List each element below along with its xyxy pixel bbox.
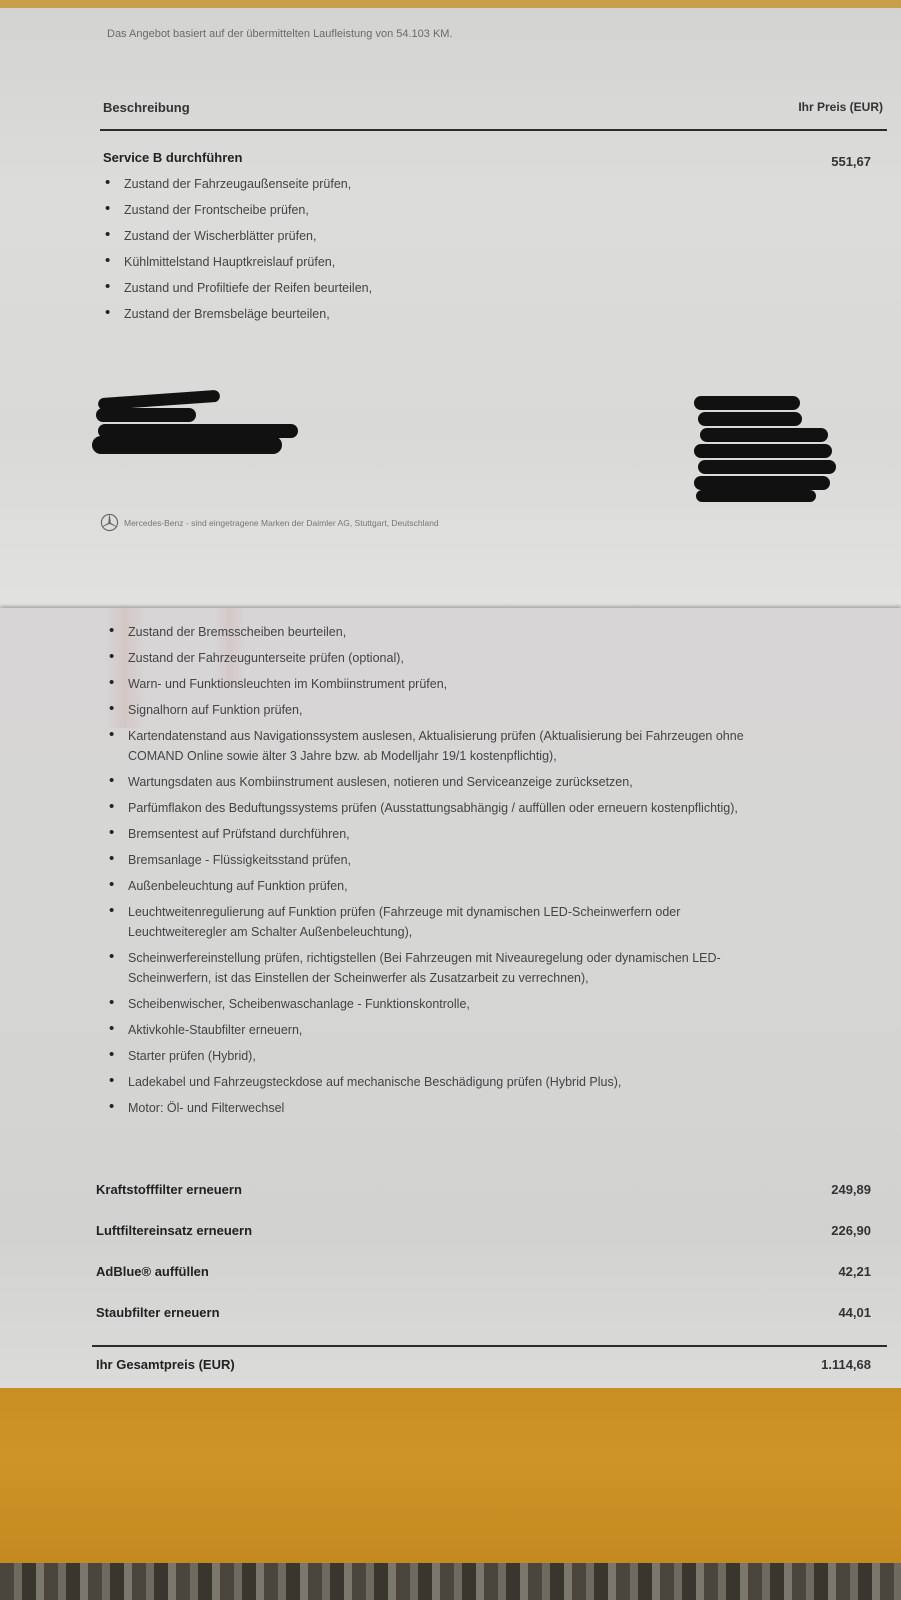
service-title: Service B durchführen <box>103 150 242 165</box>
line-item-row: Kraftstofffilter erneuern 249,89 <box>96 1182 871 1197</box>
list-item: Zustand der Bremsscheiben beurteilen, <box>106 622 746 642</box>
list-item: Bremsanlage - Flüssigkeitsstand prüfen, <box>106 850 746 870</box>
mercedes-star-icon <box>100 513 119 532</box>
total-label: Ihr Gesamtpreis (EUR) <box>96 1357 235 1372</box>
list-item: Bremsentest auf Prüfstand durchführen, <box>106 824 746 844</box>
brand-footer: Mercedes-Benz - sind eingetragene Marken… <box>100 513 439 532</box>
line-item-label: Luftfiltereinsatz erneuern <box>96 1223 252 1238</box>
line-item-label: Kraftstofffilter erneuern <box>96 1182 242 1197</box>
header-divider <box>100 129 887 131</box>
list-item: Außenbeleuchtung auf Funktion prüfen, <box>106 876 746 896</box>
desk-surface <box>0 1388 901 1563</box>
service-items-list-page1: Zustand der Fahrzeugaußenseite prüfen, Z… <box>102 174 602 330</box>
line-item-price: 42,21 <box>838 1264 871 1279</box>
list-item: Zustand der Fahrzeugunterseite prüfen (o… <box>106 648 746 668</box>
total-value: 1.114,68 <box>821 1357 871 1372</box>
list-item: Zustand der Bremsbeläge beurteilen, <box>102 304 602 324</box>
list-item: Zustand und Profiltiefe der Reifen beurt… <box>102 278 602 298</box>
list-item: Starter prüfen (Hybrid), <box>106 1046 746 1066</box>
list-item: Scheibenwischer, Scheibenwaschanlage - F… <box>106 994 746 1014</box>
list-item: Parfümflakon des Beduftungssystems prüfe… <box>106 798 746 818</box>
list-item: Zustand der Frontscheibe prüfen, <box>102 200 602 220</box>
list-item: Scheinwerfereinstellung prüfen, richtigs… <box>106 948 746 988</box>
total-divider <box>92 1345 887 1347</box>
line-item-label: Staubfilter erneuern <box>96 1305 220 1320</box>
line-item-price: 226,90 <box>831 1223 871 1238</box>
brand-footer-text: Mercedes-Benz - sind eingetragene Marken… <box>124 518 439 528</box>
line-item-row: Luftfiltereinsatz erneuern 226,90 <box>96 1223 871 1238</box>
service-items-list-page2: Zustand der Bremsscheiben beurteilen, Zu… <box>106 622 746 1124</box>
line-item-price: 44,01 <box>838 1305 871 1320</box>
list-item: Zustand der Fahrzeugaußenseite prüfen, <box>102 174 602 194</box>
list-item: Signalhorn auf Funktion prüfen, <box>106 700 746 720</box>
total-row: Ihr Gesamtpreis (EUR) 1.114,68 <box>96 1357 871 1372</box>
floor-background <box>0 1563 901 1600</box>
service-price: 551,67 <box>831 154 871 169</box>
page-sheet-top: Das Angebot basiert auf der übermittelte… <box>0 0 901 615</box>
line-item-row: Staubfilter erneuern 44,01 <box>96 1305 871 1320</box>
list-item: Wartungsdaten aus Kombiinstrument ausles… <box>106 772 746 792</box>
list-item: Ladekabel und Fahrzeugsteckdose auf mech… <box>106 1072 746 1092</box>
list-item: Motor: Öl- und Filterwechsel <box>106 1098 746 1118</box>
list-item: Warn- und Funktionsleuchten im Kombiinst… <box>106 674 746 694</box>
list-item: Aktivkohle-Staubfilter erneuern, <box>106 1020 746 1040</box>
line-item-row: AdBlue® auffüllen 42,21 <box>96 1264 871 1279</box>
line-item-price: 249,89 <box>831 1182 871 1197</box>
list-item: Zustand der Wischerblätter prüfen, <box>102 226 602 246</box>
list-item: Leuchtweitenregulierung auf Funktion prü… <box>106 902 746 942</box>
line-item-label: AdBlue® auffüllen <box>96 1264 209 1279</box>
mileage-note: Das Angebot basiert auf der übermittelte… <box>107 28 453 40</box>
price-header: Ihr Preis (EUR) <box>798 100 883 114</box>
list-item: Kühlmittelstand Hauptkreislauf prüfen, <box>102 252 602 272</box>
list-item: Kartendatenstand aus Navigationssystem a… <box>106 726 746 766</box>
description-header: Beschreibung <box>103 100 190 115</box>
